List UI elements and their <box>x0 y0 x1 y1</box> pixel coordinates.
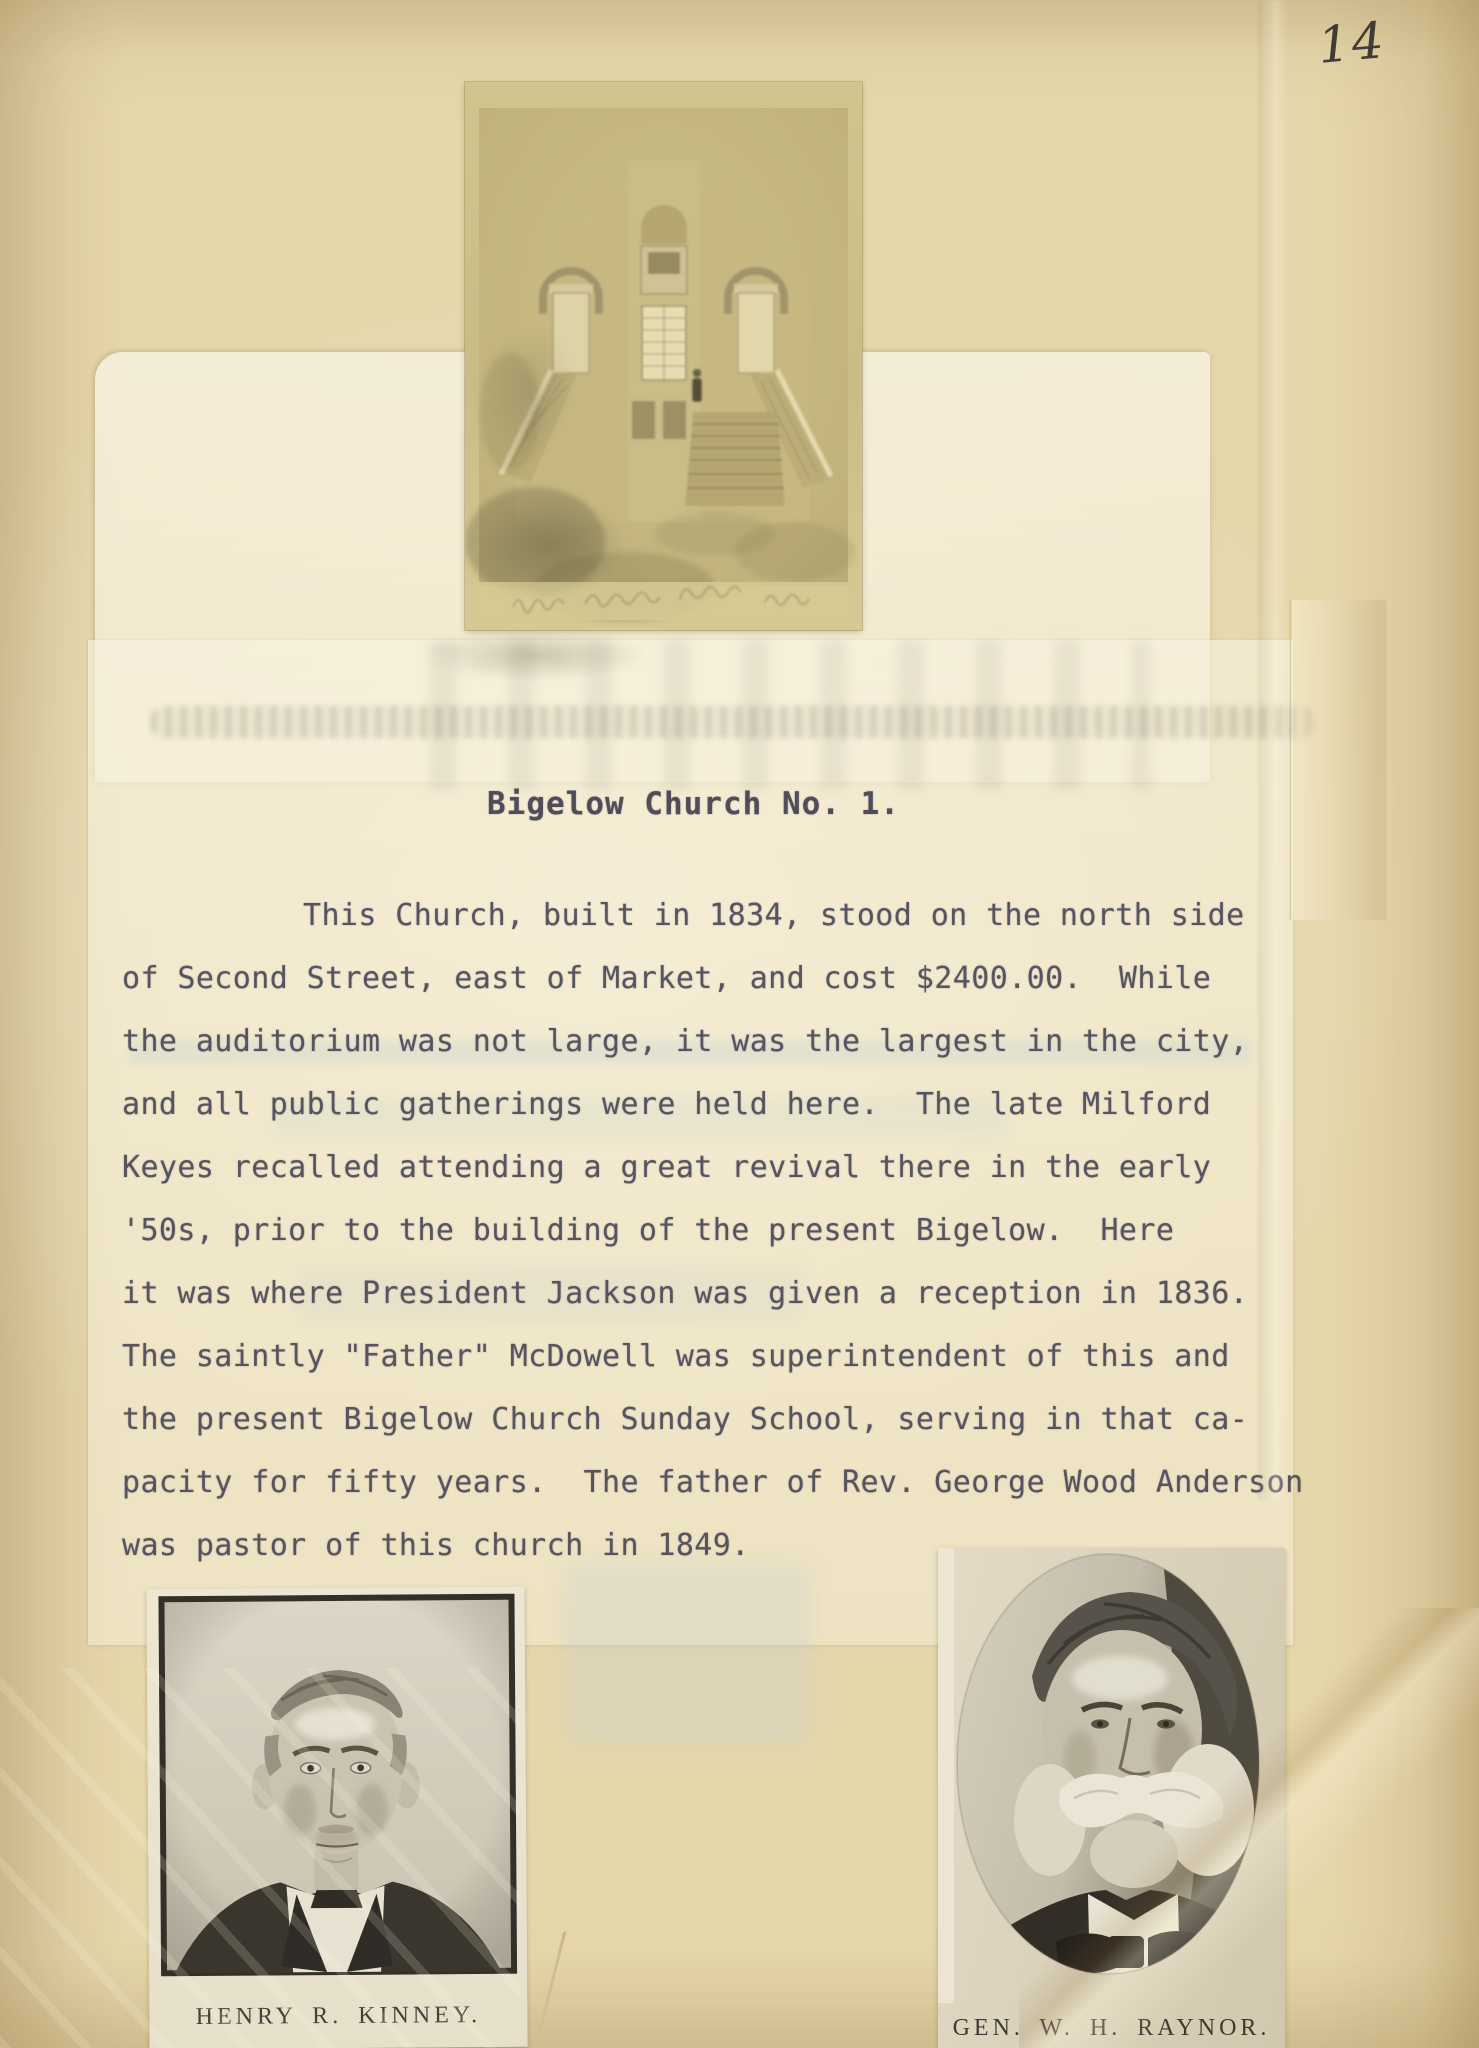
raynor-portrait-illustration <box>938 1548 1285 2003</box>
typed-line: it was where President Jackson was given… <box>122 1262 1362 1325</box>
typed-paragraph: This Church, built in 1834, stood on the… <box>122 884 1362 1577</box>
typed-line: This Church, built in 1834, stood on the… <box>122 884 1362 947</box>
kinney-caption: HENRY R. KINNEY. <box>149 2002 527 2032</box>
right-edge-tear <box>1290 600 1386 920</box>
kinney-portrait-illustration <box>146 1587 527 1990</box>
typed-line: Keyes recalled attending a great revival… <box>122 1136 1362 1199</box>
scrapbook-page: 14 <box>0 0 1479 2048</box>
typed-line: of Second Street, east of Market, and co… <box>122 947 1362 1010</box>
raynor-caption: GEN. W. H. RAYNOR. <box>938 2015 1285 2042</box>
typed-line: the present Bigelow Church Sunday School… <box>122 1388 1362 1451</box>
church-photograph <box>465 82 862 630</box>
church-photo-illustration <box>465 82 862 630</box>
typed-line: pacity for fifty years. The father of Re… <box>122 1451 1362 1514</box>
typed-line: and all public gatherings were held here… <box>122 1073 1362 1136</box>
raynor-portrait-clipping: GEN. W. H. RAYNOR. <box>938 1548 1285 2048</box>
small-crease <box>537 1931 567 2038</box>
typed-line: '50s, prior to the building of the prese… <box>122 1199 1362 1262</box>
kinney-portrait-clipping: HENRY R. KINNEY. <box>146 1587 527 2048</box>
page-number: 14 <box>1316 11 1388 75</box>
document-title: Bigelow Church No. 1. <box>487 786 900 822</box>
typed-line: the auditorium was not large, it was the… <box>122 1010 1362 1073</box>
typed-line: The saintly "Father" McDowell was superi… <box>122 1325 1362 1388</box>
